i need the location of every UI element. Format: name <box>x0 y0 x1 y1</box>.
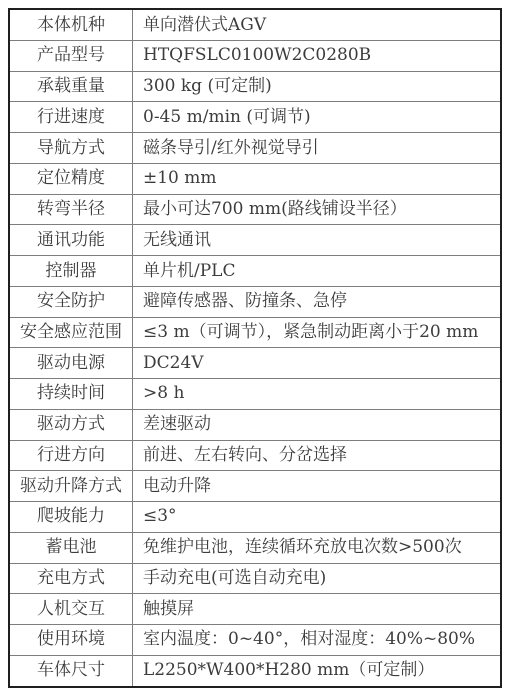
spec-value: 触摸屏 <box>133 594 502 625</box>
spec-value: 电动升降 <box>133 471 502 502</box>
table-row: 行进速度0-45 m/min (可调节) <box>9 102 501 133</box>
table-row: 本体机种单向潜伏式AGV <box>9 9 501 41</box>
spec-label: 产品型号 <box>9 41 133 72</box>
spec-value: 0-45 m/min (可调节) <box>133 102 502 133</box>
table-row: 爬坡能力≤3° <box>9 502 501 533</box>
table-row: 安全感应范围≤3 m（可调节），紧急制动距离小于20 mm <box>9 317 501 348</box>
spec-value: 差速驱动 <box>133 409 502 440</box>
table-row: 定位精度±10 mm <box>9 163 501 194</box>
spec-value: 磁条导引/红外视觉导引 <box>133 133 502 164</box>
spec-value: ±10 mm <box>133 163 502 194</box>
table-row: 驱动电源DC24V <box>9 348 501 379</box>
table-row: 承载重量300 kg (可定制) <box>9 71 501 102</box>
spec-value: 最小可达700 mm(路线铺设半径） <box>133 194 502 225</box>
spec-label: 控制器 <box>9 256 133 287</box>
spec-label: 定位精度 <box>9 163 133 194</box>
table-row: 人机交互触摸屏 <box>9 594 501 625</box>
spec-label: 安全防护 <box>9 286 133 317</box>
table-row: 驱动升降方式电动升降 <box>9 471 501 502</box>
spec-label: 蓄电池 <box>9 532 133 563</box>
table-row: 转弯半径最小可达700 mm(路线铺设半径） <box>9 194 501 225</box>
agv-spec-table: 本体机种单向潜伏式AGV产品型号HTQFSLC0100W2C0280B承载重量3… <box>8 8 502 688</box>
spec-value: 无线通讯 <box>133 225 502 256</box>
spec-value: HTQFSLC0100W2C0280B <box>133 41 502 72</box>
spec-label: 导航方式 <box>9 133 133 164</box>
spec-label: 使用环境 <box>9 624 133 655</box>
spec-label: 行进速度 <box>9 102 133 133</box>
spec-value: L2250*W400*H280 mm（可定制） <box>133 655 502 687</box>
spec-value: ≤3° <box>133 502 502 533</box>
spec-label: 车体尺寸 <box>9 655 133 687</box>
spec-value: 免维护电池，连续循环充放电次数>500次 <box>133 532 502 563</box>
table-row: 车体尺寸L2250*W400*H280 mm（可定制） <box>9 655 501 687</box>
spec-label: 持续时间 <box>9 379 133 410</box>
spec-value: 单片机/PLC <box>133 256 502 287</box>
spec-label: 人机交互 <box>9 594 133 625</box>
spec-label: 驱动方式 <box>9 409 133 440</box>
spec-label: 承载重量 <box>9 71 133 102</box>
spec-label: 本体机种 <box>9 9 133 41</box>
spec-value: 300 kg (可定制) <box>133 71 502 102</box>
spec-value: 室内温度：0~40°，相对湿度：40%~80% <box>133 624 502 655</box>
table-row: 充电方式手动充电(可选自动充电) <box>9 563 501 594</box>
table-row: 行进方向前进、左右转向、分岔选择 <box>9 440 501 471</box>
spec-value: 手动充电(可选自动充电) <box>133 563 502 594</box>
table-row: 导航方式磁条导引/红外视觉导引 <box>9 133 501 164</box>
table-row: 蓄电池免维护电池，连续循环充放电次数>500次 <box>9 532 501 563</box>
table-row: 通讯功能无线通讯 <box>9 225 501 256</box>
table-row: 使用环境室内温度：0~40°，相对湿度：40%~80% <box>9 624 501 655</box>
spec-value: 单向潜伏式AGV <box>133 9 502 41</box>
table-row: 持续时间>8 h <box>9 379 501 410</box>
spec-label: 充电方式 <box>9 563 133 594</box>
table-row: 安全防护避障传感器、防撞条、急停 <box>9 286 501 317</box>
table-row: 产品型号HTQFSLC0100W2C0280B <box>9 41 501 72</box>
spec-value: 前进、左右转向、分岔选择 <box>133 440 502 471</box>
spec-value: 避障传感器、防撞条、急停 <box>133 286 502 317</box>
spec-value: >8 h <box>133 379 502 410</box>
spec-label: 驱动升降方式 <box>9 471 133 502</box>
spec-value: ≤3 m（可调节），紧急制动距离小于20 mm <box>133 317 502 348</box>
spec-label: 驱动电源 <box>9 348 133 379</box>
spec-label: 转弯半径 <box>9 194 133 225</box>
spec-label: 通讯功能 <box>9 225 133 256</box>
table-row: 控制器单片机/PLC <box>9 256 501 287</box>
spec-label: 安全感应范围 <box>9 317 133 348</box>
spec-value: DC24V <box>133 348 502 379</box>
table-row: 驱动方式差速驱动 <box>9 409 501 440</box>
spec-table-body: 本体机种单向潜伏式AGV产品型号HTQFSLC0100W2C0280B承载重量3… <box>9 9 501 687</box>
spec-label: 爬坡能力 <box>9 502 133 533</box>
spec-label: 行进方向 <box>9 440 133 471</box>
